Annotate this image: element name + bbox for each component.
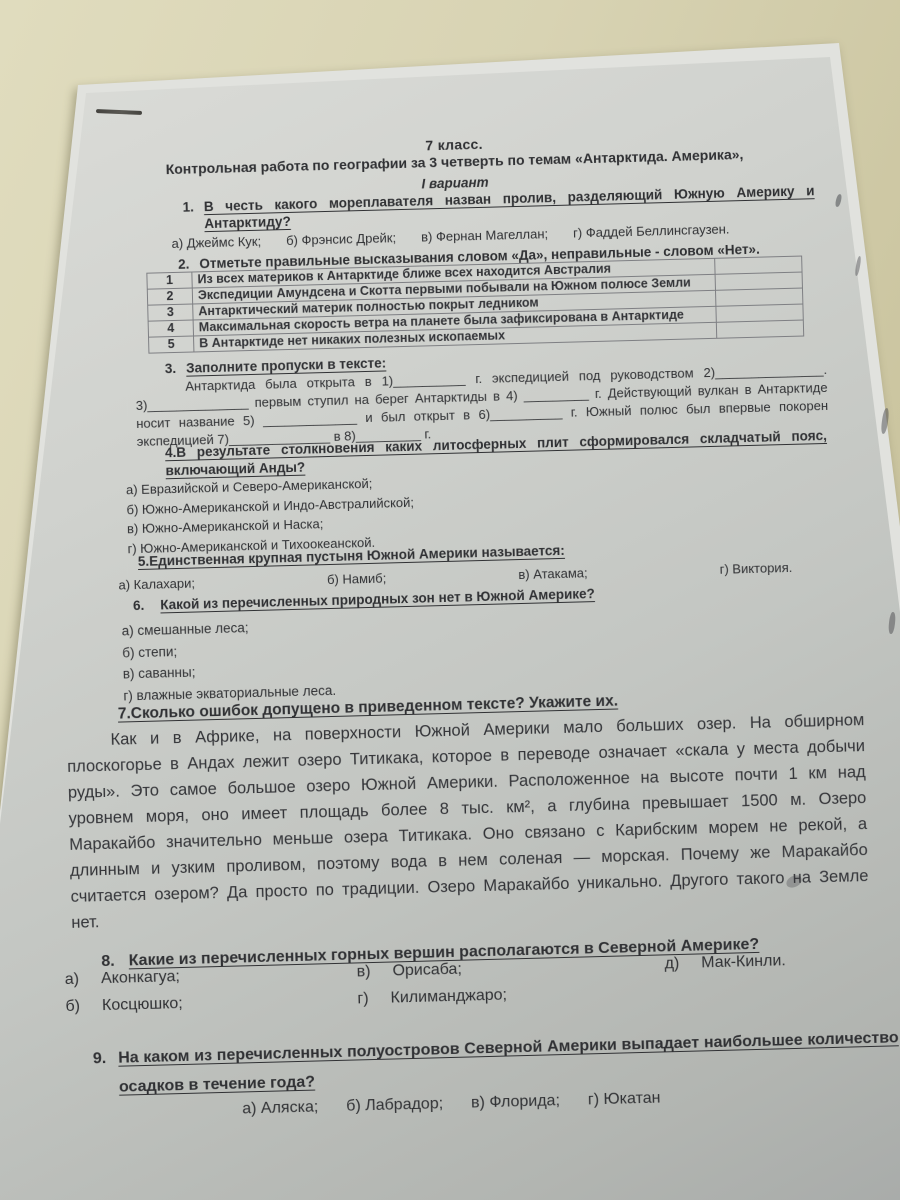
question-9-heading: 9. На каком из перечисленных полуострово… (93, 1023, 900, 1102)
question-1-number: 1. (182, 198, 194, 232)
row-number: 1 (147, 272, 192, 289)
option-marker: г) (357, 990, 369, 1017)
option-label: Косцюшко; (102, 995, 183, 1024)
option-label: Мак-Кинли. (701, 952, 786, 981)
option-d: д) Мак-Кинли. (664, 950, 857, 982)
option-b: б) Намиб; (327, 571, 387, 588)
option-b: б) Лабрадор; (346, 1095, 443, 1116)
option-a: а) Калахари; (118, 576, 195, 593)
option-label: Орисаба; (392, 961, 462, 990)
option-a: а) Джеймс Кук; (171, 234, 261, 251)
question-6-options: а) смешанные леса; б) степи; в) саванны;… (121, 615, 336, 707)
option-v: в) Атакама; (518, 565, 588, 582)
option-g: г) Юкатан (588, 1090, 661, 1110)
question-6-number: 6. (133, 597, 145, 614)
option-b: б) Фрэнсис Дрейк; (286, 230, 396, 248)
row-number: 4 (148, 320, 193, 337)
yes-no-table: 1 Из всех материков к Антарктиде ближе в… (146, 256, 804, 354)
option-g: г) Фаддей Беллинсгаузен. (573, 221, 730, 240)
question-3-number: 3. (165, 360, 177, 377)
option-g: г) Виктория. (719, 560, 792, 577)
option-label: Килиманджаро; (390, 987, 507, 1017)
question-9-text: На каком из перечисленных полуостровов С… (118, 1023, 900, 1101)
option-v: в) Флорида; (471, 1092, 560, 1112)
row-number: 2 (147, 288, 192, 305)
row-number: 5 (149, 336, 194, 353)
question-9-number: 9. (93, 1044, 108, 1102)
option-label: Аконкагуа; (101, 968, 181, 997)
option-a: а) Аляска; (242, 1098, 318, 1118)
question-7-paragraph: Как и в Африке, на поверхности Южной Аме… (66, 707, 869, 936)
option-marker: а) (65, 971, 80, 998)
row-number: 3 (148, 304, 193, 321)
document-content: 7 класс. Контрольная работа по географии… (95, 127, 840, 1185)
answer-cell (716, 320, 803, 338)
desk-surface: 7 класс. Контрольная работа по географии… (0, 0, 900, 1200)
question-4-options: а) Евразийской и Северо-Американской; б)… (126, 473, 416, 559)
question-2-number: 2. (178, 256, 190, 273)
option-marker: в) (356, 963, 371, 990)
question-9: 9. На каком из перечисленных полуострово… (93, 1023, 900, 1102)
option-marker: б) (65, 998, 80, 1025)
option-v: в) Фернан Магеллан; (421, 226, 548, 244)
option-marker: д) (664, 955, 679, 982)
